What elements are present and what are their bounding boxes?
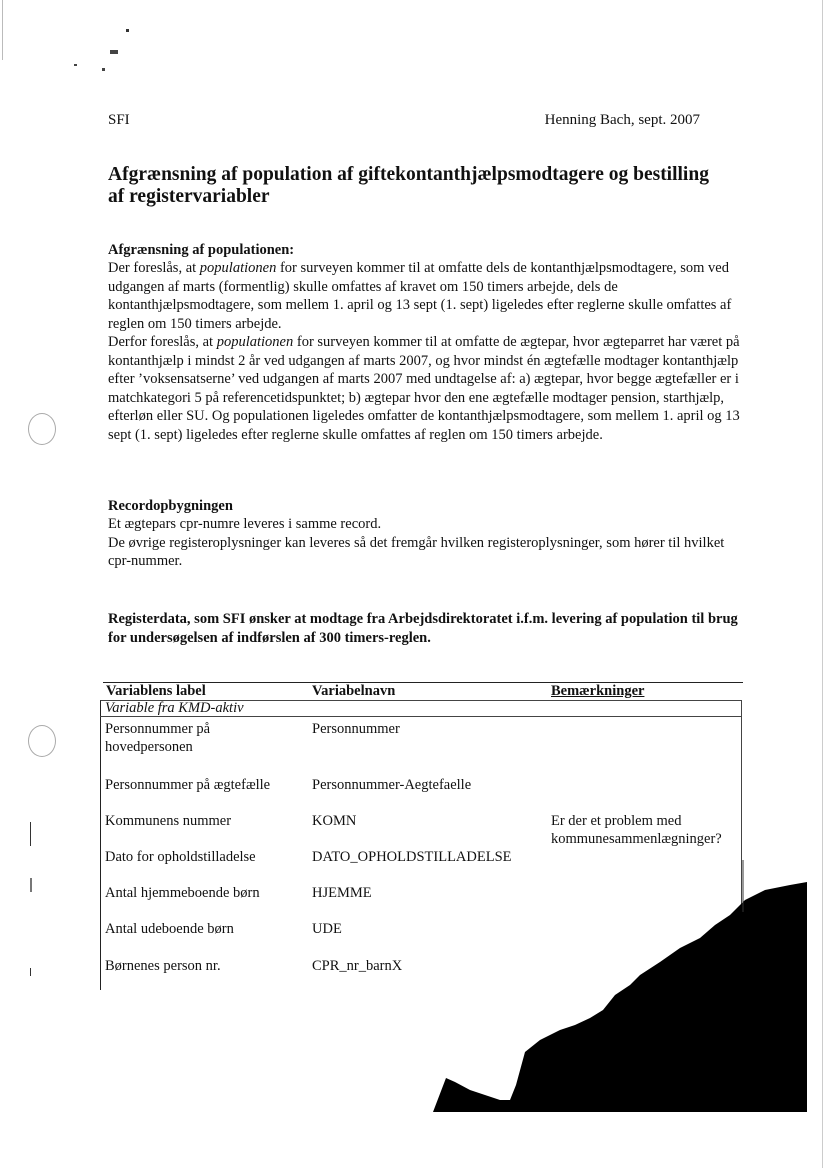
section-heading: Recordopbygningen [108, 498, 748, 515]
header-org: SFI [108, 112, 130, 129]
variable-name: KOMN [312, 812, 356, 830]
header-author-date: Henning Bach, sept. 2007 [545, 112, 700, 129]
variable-name: UDE [312, 920, 342, 938]
punch-hole-upper [28, 413, 56, 445]
paragraph: Der foreslås, at populationen for survey… [108, 259, 748, 333]
scan-mark [30, 878, 32, 892]
paragraph: De øvrige registeroplysninger kan levere… [108, 534, 748, 571]
variable-label: Personnummer på hovedpersonen [105, 720, 235, 756]
variable-label: Antal udeboende børn [105, 920, 305, 938]
paragraph: Derfor foreslås, at populationen for sur… [108, 333, 748, 444]
variable-label: Antal hjemmeboende børn [105, 884, 305, 902]
table-subheading: Variable fra KMD-aktiv [100, 700, 742, 717]
scan-mark [30, 968, 31, 976]
scan-edge-left [2, 0, 3, 60]
variable-name: Personnummer-Aegtefaelle [312, 776, 471, 794]
section-population: Afgrænsning af populationen: Der foreslå… [108, 242, 748, 444]
table-header: Variablens label Variabelnavn Bemærkning… [103, 682, 743, 702]
document-title: Afgrænsning af population af giftekontan… [108, 164, 728, 208]
paragraph: Et ægtepars cpr-numre leveres i samme re… [108, 515, 748, 534]
variable-note: Er der et problem med kommunesammenlægni… [551, 812, 751, 848]
scan-edge-right [822, 0, 823, 1168]
section-record-structure: Recordopbygningen Et ægtepars cpr-numre … [108, 498, 748, 571]
variable-label: Kommunens nummer [105, 812, 305, 830]
scan-speck [126, 29, 129, 32]
variable-name: HJEMME [312, 884, 372, 902]
column-header: Variabelnavn [312, 683, 395, 700]
variable-name: DATO_OPHOLDSTILLADELSE [312, 848, 512, 866]
scan-speck [102, 68, 105, 71]
variable-label: Dato for opholdstilladelse [105, 848, 305, 866]
scan-mark [30, 822, 31, 846]
section-heading: Afgrænsning af populationen: [108, 242, 748, 259]
column-header: Bemærkninger [551, 683, 644, 700]
variable-name: Personnummer [312, 720, 400, 738]
scan-speck [110, 50, 118, 54]
register-data-heading: Registerdata, som SFI ønsker at modtage … [108, 610, 758, 648]
variable-label: Børnenes person nr. [105, 957, 305, 975]
column-header: Variablens label [106, 683, 206, 700]
punch-hole-lower [28, 725, 56, 757]
scan-speck [74, 64, 77, 66]
variable-name: CPR_nr_barnX [312, 957, 402, 975]
variable-label: Personnummer på ægtefælle [105, 776, 305, 794]
